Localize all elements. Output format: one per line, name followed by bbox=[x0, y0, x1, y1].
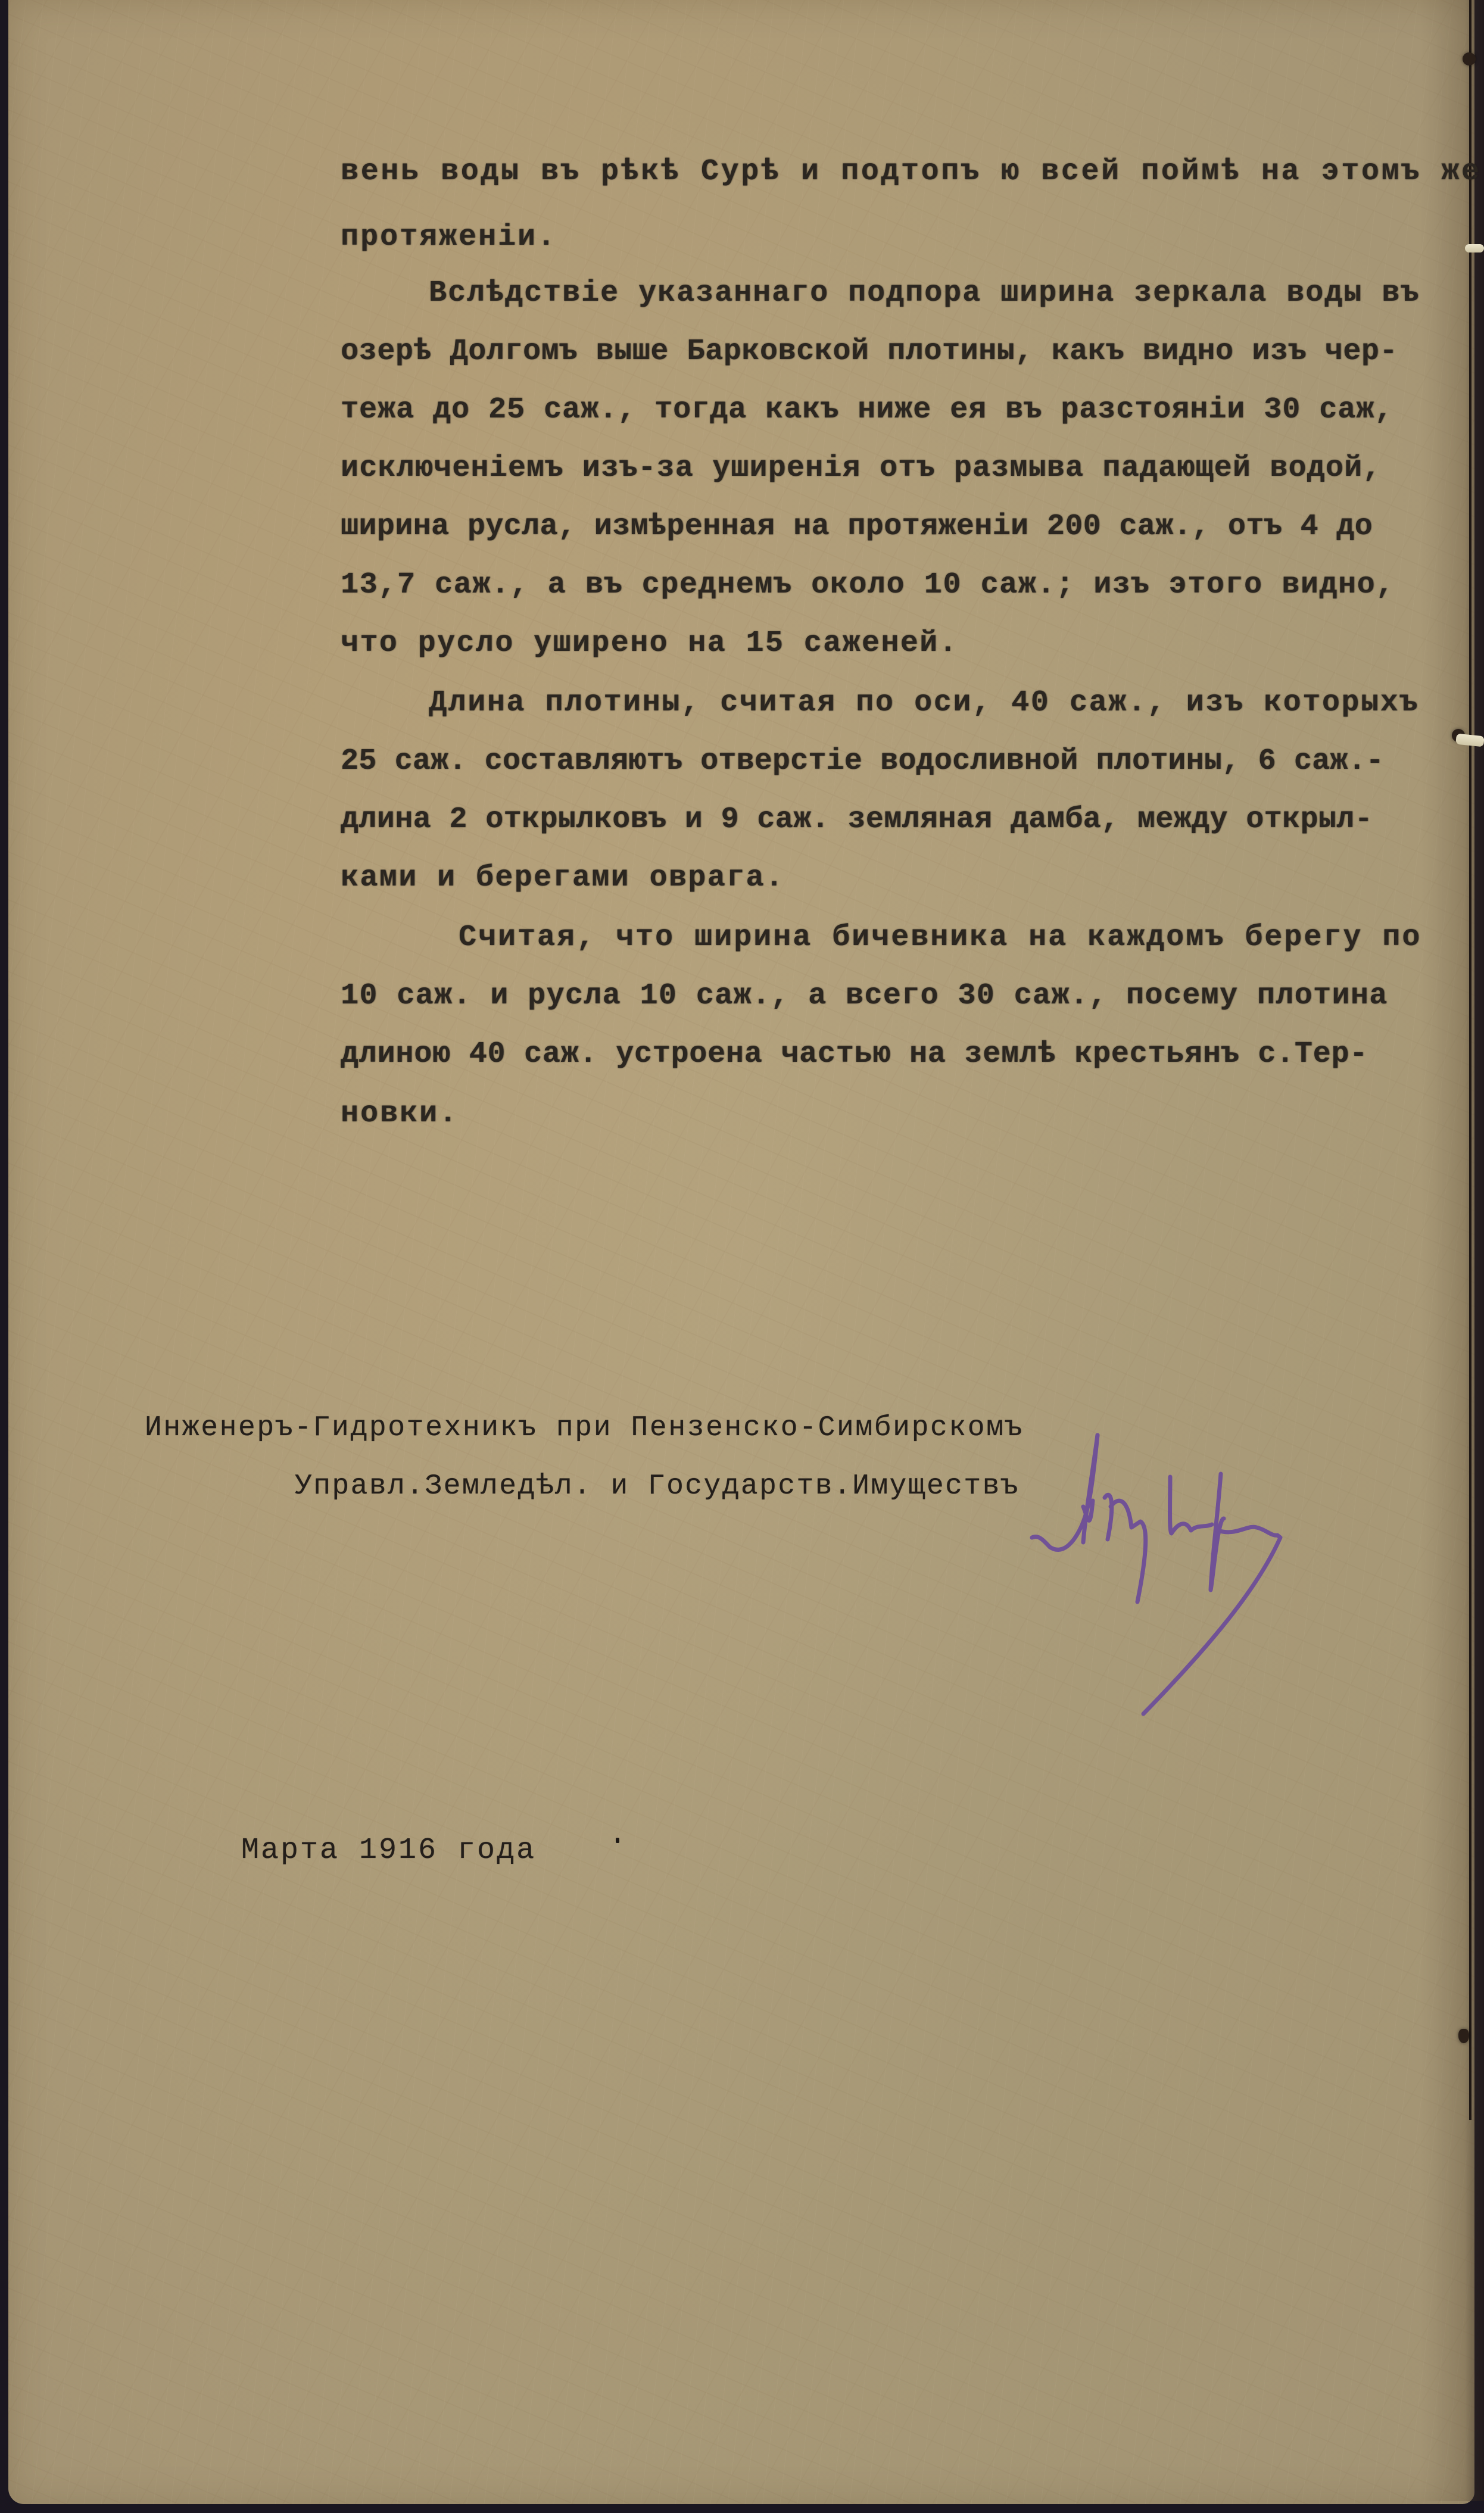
body-line: вень воды въ рѣкѣ Сурѣ и подтопъ ю всей … bbox=[341, 151, 1481, 193]
handwritten-signature bbox=[1021, 1423, 1331, 1757]
body-line: исключеніемъ изъ-за уширенія отъ размыва… bbox=[341, 448, 1381, 489]
body-line: тежа до 25 саж., тогда какъ ниже ея въ р… bbox=[341, 389, 1393, 431]
body-line: 13,7 саж., а въ среднемъ около 10 саж.; … bbox=[341, 565, 1395, 606]
body-line: Вслѣдствіе указаннаго подпора ширина зер… bbox=[429, 273, 1420, 314]
body-line: ками и берегами оврага. bbox=[341, 858, 784, 899]
body-line: новки. bbox=[341, 1093, 459, 1135]
body-line: что русло уширено на 15 саженей. bbox=[341, 623, 958, 665]
body-line: озерѣ Долгомъ выше Барковской плотины, к… bbox=[341, 331, 1398, 373]
scanned-document: вень воды въ рѣкѣ Сурѣ и подтопъ ю всей … bbox=[0, 0, 1484, 2513]
body-line: Считая, что ширина бичевника на каждомъ … bbox=[459, 917, 1421, 959]
body-line: 25 саж. составляютъ отверстіе водосливно… bbox=[341, 741, 1384, 782]
signatory-title-line2: Управл.Земледѣл. и Государств.Имуществъ bbox=[295, 1468, 1020, 1504]
body-line: протяженіи. bbox=[341, 217, 557, 258]
body-line: длиною 40 саж. устроена частью на землѣ … bbox=[341, 1034, 1368, 1075]
body-line: длина 2 открылковъ и 9 саж. земляная дам… bbox=[341, 799, 1373, 841]
body-line: ширина русла, измѣренная на протяженіи 2… bbox=[341, 506, 1373, 548]
document-body: вень воды въ рѣкѣ Сурѣ и подтопъ ю всей … bbox=[0, 0, 1484, 2513]
document-date: Марта 1916 года bbox=[241, 1833, 536, 1869]
body-line: 10 саж. и русла 10 саж., а всего 30 саж.… bbox=[341, 975, 1388, 1017]
ink-speck bbox=[616, 1838, 619, 1843]
body-line: Длина плотины, считая по оси, 40 саж., и… bbox=[429, 682, 1419, 724]
signatory-title-line1: Инженеръ-Гидротехникъ при Пензенско-Симб… bbox=[145, 1410, 1024, 1446]
